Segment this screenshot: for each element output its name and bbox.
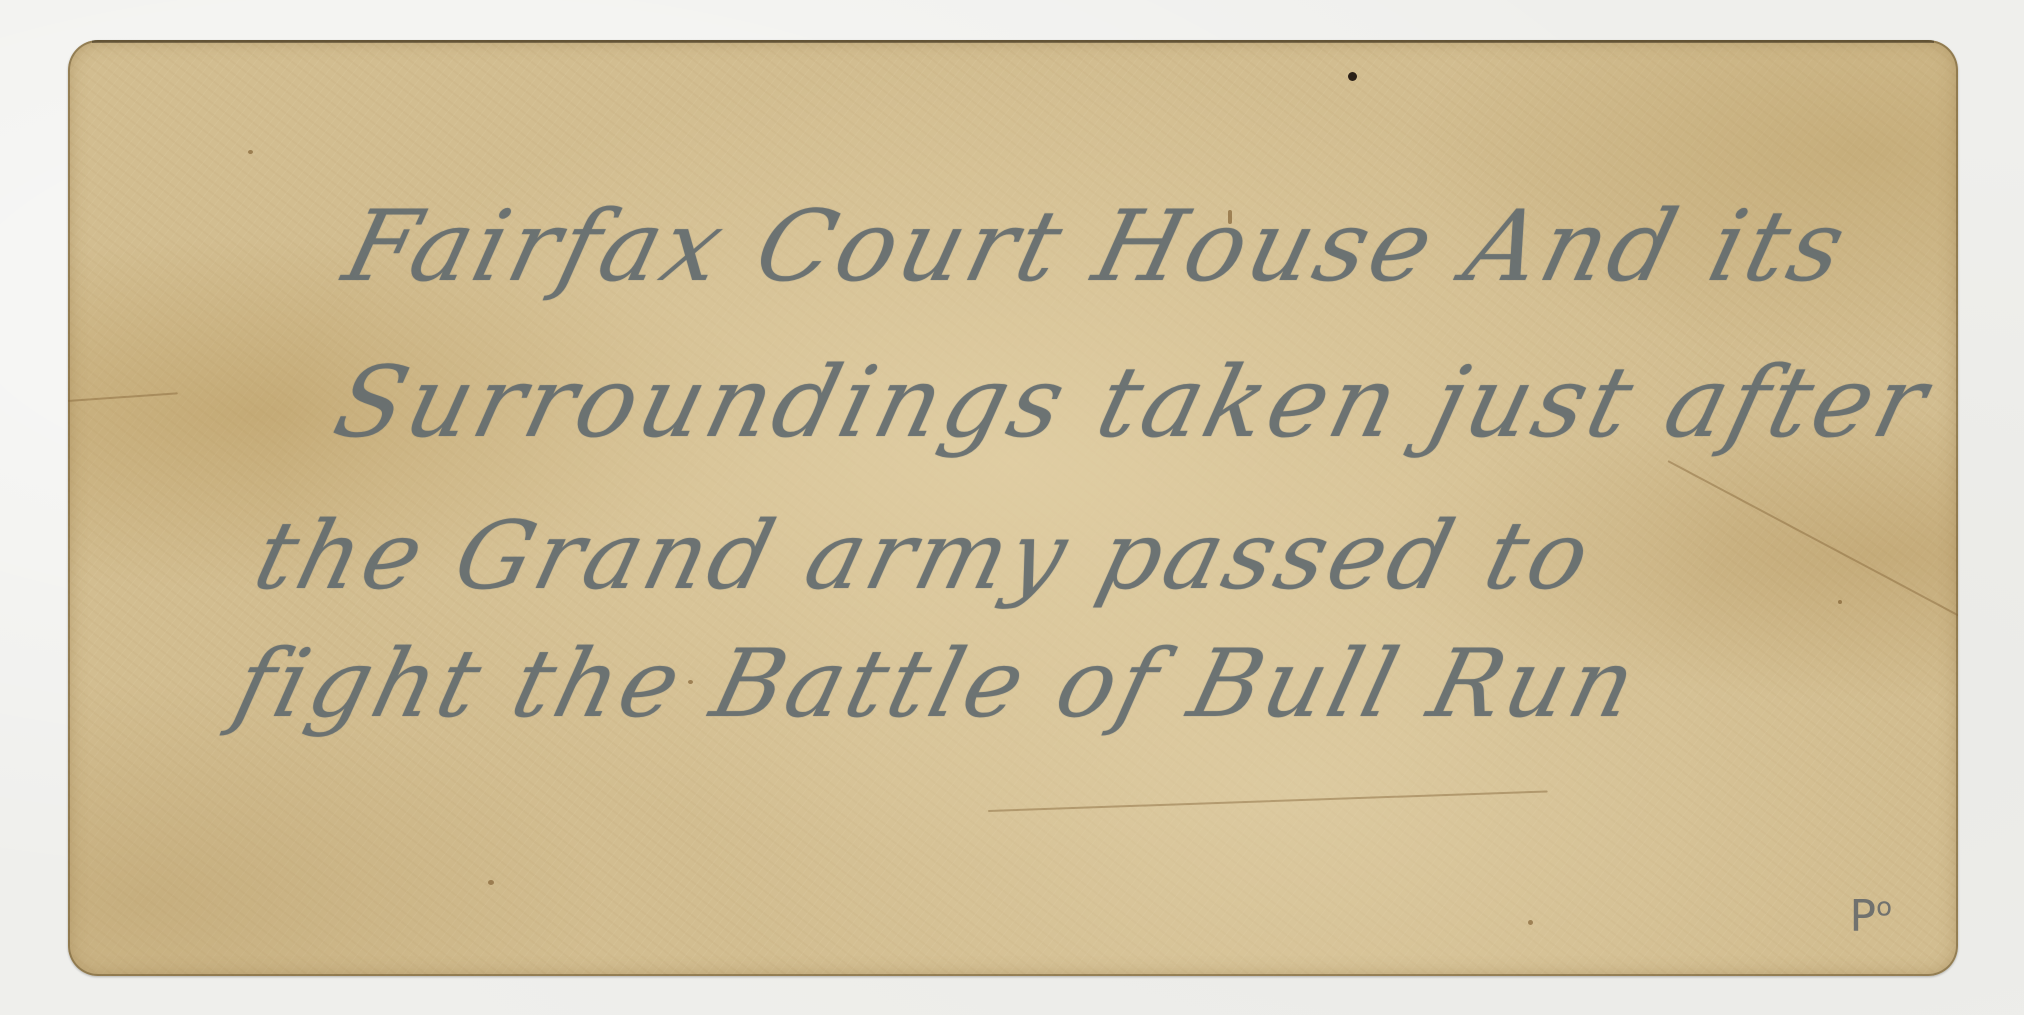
corner-mark: Po [1850, 891, 1892, 942]
card-verso: Fairfax Court House And its Surroundings… [68, 40, 1958, 976]
inscription-line-4: fight the Battle of Bull Run [224, 630, 1649, 739]
pencil-inscription: Fairfax Court House And its Surroundings… [68, 40, 1958, 976]
inscription-line-2: Surroundings taken just after [324, 346, 1942, 460]
inscription-line-3: the Grand army passed to [244, 502, 1604, 611]
inscription-line-1: Fairfax Court House And its [334, 190, 1860, 304]
corner-mark-main: P [1850, 891, 1877, 942]
corner-mark-superscript: o [1876, 892, 1892, 922]
